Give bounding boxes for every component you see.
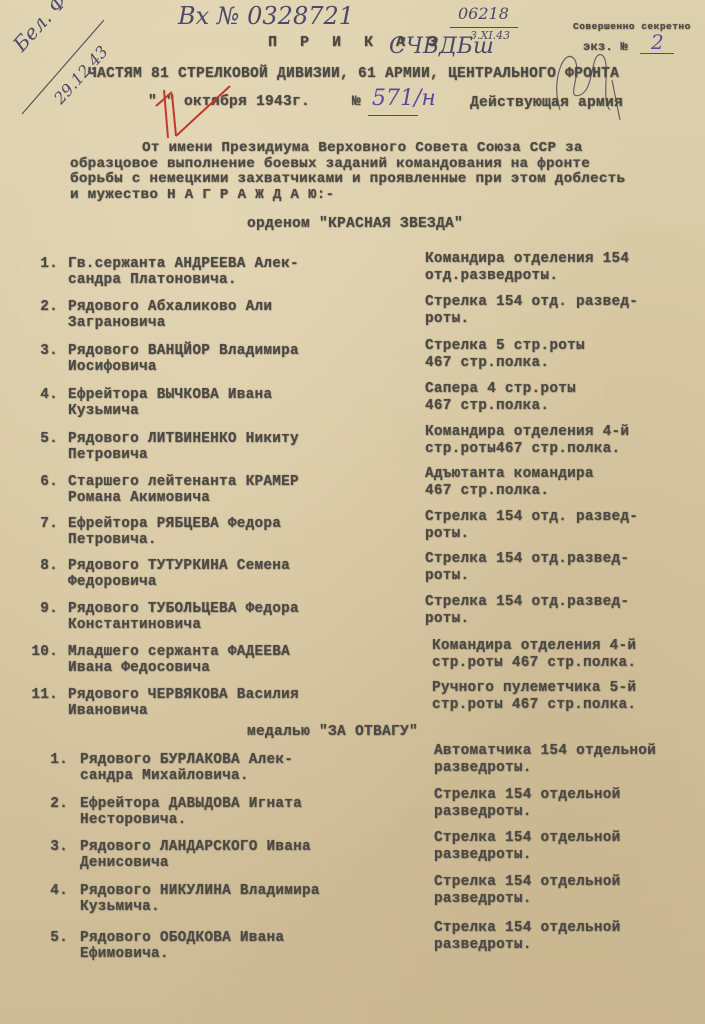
- preamble-line: и мужество Н А Г Р А Ж Д А Ю:-: [70, 188, 625, 204]
- entry-number: 8.: [30, 558, 58, 575]
- entry-duty: Стрелка 154 отд.развед-роты.: [425, 594, 629, 627]
- section-title-for-courage: медалью "ЗА ОТВАГУ": [247, 724, 418, 740]
- preamble-line: борьбы с немецкими захватчиками и проявл…: [70, 172, 625, 188]
- entry-name-line: Рядового ОБОДКОВА Ивана: [80, 930, 284, 947]
- entry-name-line: Заграновича: [68, 315, 166, 332]
- duty-line: Стрелка 154 отд.развед-: [425, 551, 629, 568]
- entry-name-line: Рядового ВАНЦЙОР Владимира: [68, 343, 299, 360]
- entry-duty: Автоматчика 154 отдельнойразведроты.: [434, 743, 656, 776]
- entry-number: 3.: [30, 343, 58, 360]
- duty-line: 467 стр.полка.: [425, 483, 594, 500]
- duty-line: Командира отделения 4-й: [425, 424, 629, 441]
- entry-number: 9.: [30, 601, 58, 618]
- entry-number: 10.: [30, 644, 58, 661]
- entry-number: 2.: [30, 299, 58, 316]
- entry-name-line: Ефрейтора РЯБЦЕВА Федора: [68, 516, 281, 533]
- duty-line: Стрелка 154 отд. развед-: [425, 294, 638, 311]
- entry-name-line: Рядового ТУБОЛЬЦЕВА Федора: [68, 601, 299, 618]
- entry-duty: Командира отделения 4-йстр.роты467 стр.п…: [425, 424, 629, 457]
- entry-number: 1.: [30, 256, 58, 273]
- entry-duty: Сапера 4 стр.роты467 стр.полка.: [425, 381, 576, 414]
- duty-line: Стрелка 154 отдельной: [434, 787, 620, 804]
- entry-name-line: Ефимовича.: [80, 946, 169, 963]
- copy-number-line: [640, 53, 674, 54]
- duty-line: Автоматчика 154 отдельной: [434, 743, 656, 760]
- entry-name-line: Несторовича.: [80, 812, 187, 829]
- unit-line: ЧАСТЯМ 81 СТРЕЛКОВОЙ ДИВИЗИИ, 61 АРМИИ, …: [88, 66, 619, 82]
- duty-line: Стрелка 154 отд. развед-: [425, 509, 638, 526]
- duty-line: разведроты.: [434, 804, 620, 821]
- handwritten-copy-number: 2: [651, 30, 664, 54]
- entry-name-line: Петровича.: [68, 532, 157, 549]
- red-pencil-mark: [142, 82, 232, 140]
- duty-line: Командира отделения 4-й: [432, 638, 636, 655]
- preamble-line: От имени Президиума Верховного Совета Со…: [70, 141, 625, 157]
- entry-number: 4.: [30, 387, 58, 404]
- duty-line: Стрелка 154 отдельной: [434, 830, 620, 847]
- army-line: Действующая армия: [470, 95, 623, 111]
- duty-line: Командира отделения 154: [425, 251, 629, 268]
- entry-number: 4.: [40, 883, 68, 900]
- duty-line: разведроты.: [434, 760, 656, 777]
- entry-duty: Стрелка 154 отдельнойразведроты.: [434, 920, 620, 953]
- entry-name-line: Кузьмича.: [80, 899, 160, 916]
- entry-name-line: Ефрейтора ВЫЧКОВА Ивана: [68, 387, 272, 404]
- entry-number: 3.: [40, 839, 68, 856]
- duty-line: Стрелка 154 отдельной: [434, 874, 620, 891]
- handwritten-order-number: 571/н: [372, 86, 436, 111]
- order-number-label: №: [352, 94, 361, 110]
- entry-name-line: сандра Платоновича.: [68, 272, 237, 289]
- entry-name-line: Кузьмича: [68, 403, 139, 420]
- duty-line: Стрелка 5 стр.роты: [425, 338, 585, 355]
- entry-duty: Стрелка 5 стр.роты467 стр.полка.: [425, 338, 585, 371]
- entry-duty: Стрелка 154 отдельнойразведроты.: [434, 830, 620, 863]
- entry-name-line: Рядового БУРЛАКОВА Алек-: [80, 752, 293, 769]
- entry-name-line: Рядового ТУТУРКИНА Семена: [68, 558, 290, 575]
- duty-line: стр.роты467 стр.полка.: [425, 441, 629, 458]
- entry-number: 5.: [30, 431, 58, 448]
- entry-duty: Командира отделения 4-йстр.роты 467 стр.…: [432, 638, 636, 671]
- entry-number: 1.: [40, 752, 68, 769]
- entry-number: 6.: [30, 474, 58, 491]
- section-title-red-star: орденом "КРАСНАЯ ЗВЕЗДА": [247, 216, 463, 232]
- entry-number: 7.: [30, 516, 58, 533]
- entry-name-line: Рядового ЛИТВИНЕНКО Никиту: [68, 431, 299, 448]
- preamble-line: образцовое выполнение боевых заданий ком…: [70, 157, 625, 173]
- duty-line: Ручного пулеметчика 5-й: [432, 680, 636, 697]
- duty-line: 467 стр.полка.: [425, 398, 576, 415]
- entry-name-line: Рядового ЧЕРВЯКОВА Василия: [68, 687, 299, 704]
- duty-line: разведроты.: [434, 891, 620, 908]
- duty-line: роты.: [425, 568, 629, 585]
- entry-number: 2.: [40, 796, 68, 813]
- entry-name-line: Младшего сержанта ФАДЕЕВА: [68, 644, 290, 661]
- order-number-line: [368, 115, 418, 116]
- entry-duty: Адъютанта командира467 стр.полка.: [425, 466, 594, 499]
- entry-name-line: Ивана Федосовича: [68, 660, 210, 677]
- duty-line: отд.разведроты.: [425, 268, 629, 285]
- entry-name-line: Рядового НИКУЛИНА Владимира: [80, 883, 320, 900]
- duty-line: стр.роты 467 стр.полка.: [432, 697, 636, 714]
- entry-name-line: Рядового ЛАНДАРСКОГО Ивана: [80, 839, 311, 856]
- duty-line: Сапера 4 стр.роты: [425, 381, 576, 398]
- entry-duty: Командира отделения 154отд.разведроты.: [425, 251, 629, 284]
- duty-line: Стрелка 154 отдельной: [434, 920, 620, 937]
- duty-line: разведроты.: [434, 847, 620, 864]
- entry-name-line: Федоровича: [68, 574, 157, 591]
- entry-name-line: Петровича: [68, 447, 148, 464]
- entry-duty: Стрелка 154 отд. развед-роты.: [425, 294, 638, 327]
- reg-number-line: [450, 27, 518, 28]
- entry-duty: Стрелка 154 отдельнойразведроты.: [434, 874, 620, 907]
- duty-line: Стрелка 154 отд.развед-: [425, 594, 629, 611]
- duty-line: 467 стр.полка.: [425, 355, 585, 372]
- entry-number: 5.: [40, 930, 68, 947]
- duty-line: стр.роты 467 стр.полка.: [432, 655, 636, 672]
- entry-name-line: Гв.сержанта АНДРЕЕВА Алек-: [68, 256, 299, 273]
- duty-line: разведроты.: [434, 937, 620, 954]
- secrecy-label: Совершенно секретно: [573, 21, 691, 32]
- entry-name-line: Иосифовича: [68, 359, 157, 376]
- entry-name-line: Старшего лейтенанта КРАМЕР: [68, 474, 299, 491]
- duty-line: роты.: [425, 311, 638, 328]
- entry-name-line: Константиновича: [68, 617, 201, 634]
- duty-line: роты.: [425, 611, 629, 628]
- entry-name-line: Рядового Абхаликово Али: [68, 299, 272, 316]
- document-title: П Р И К А З: [268, 34, 444, 51]
- entry-duty: Стрелка 154 отдельнойразведроты.: [434, 787, 620, 820]
- entry-name-line: Денисовича: [80, 855, 169, 872]
- entry-name-line: Ефрейтора ДАВЫДОВА Игната: [80, 796, 302, 813]
- duty-line: Адъютанта командира: [425, 466, 594, 483]
- duty-line: роты.: [425, 526, 638, 543]
- entry-duty: Стрелка 154 отд. развед-роты.: [425, 509, 638, 542]
- entry-name-line: сандра Михайловича.: [80, 768, 249, 785]
- entry-name-line: Романа Акимовича: [68, 490, 210, 507]
- entry-duty: Ручного пулеметчика 5-йстр.роты 467 стр.…: [432, 680, 636, 713]
- handwritten-incoming-number: Вх № 0328721: [178, 2, 354, 30]
- preamble: От имени Президиума Верховного Совета Со…: [70, 141, 625, 203]
- entry-number: 11.: [30, 687, 58, 704]
- handwritten-reg-number: 06218: [458, 4, 509, 23]
- entry-duty: Стрелка 154 отд.развед-роты.: [425, 551, 629, 584]
- entry-name-line: Ивановича: [68, 703, 148, 720]
